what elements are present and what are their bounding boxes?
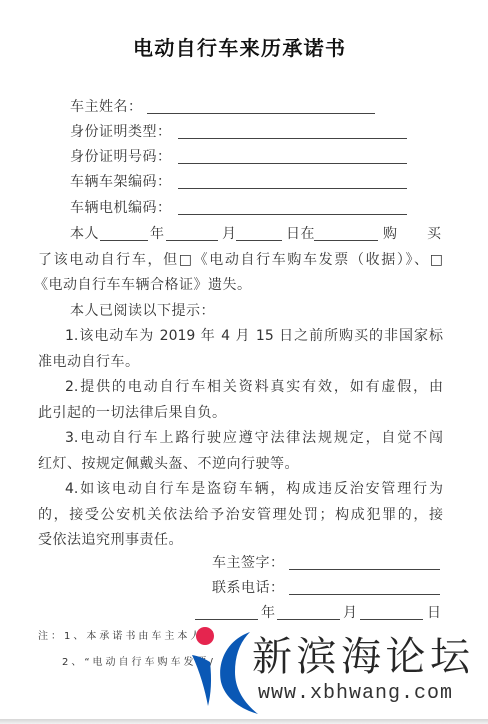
purchase-year-label: 年 xyxy=(150,225,165,243)
page-bottom-edge xyxy=(0,719,488,724)
commitment-document-page: 电动自行车来历承诺书 车主姓名： 身份证明类型： 身份证明号码： 车辆车架编码：… xyxy=(0,0,488,724)
notice-item-4: 4.如该电动自行车是盗窃车辆，构成违反治安管理行为 xyxy=(65,480,443,498)
watermark-site-url: www.xbhwang.com xyxy=(258,683,468,705)
notice-item-1: 1.该电动车为 2019 年 4 月 15 日之前所购买的非国家标 xyxy=(65,327,443,345)
purchase-suffix: 购买 xyxy=(383,225,441,243)
signature-label: 车主签字： xyxy=(212,554,285,572)
body-line: 受依法追究刑事责任。 xyxy=(38,531,183,549)
sign-month-blank[interactable] xyxy=(277,619,340,620)
sign-year-label: 年 xyxy=(261,604,276,622)
field-id-number-input[interactable] xyxy=(178,163,407,164)
signature-input[interactable] xyxy=(289,569,440,570)
body-line: 本人已阅读以下提示： xyxy=(70,302,215,320)
field-motor-number-input[interactable] xyxy=(178,214,407,215)
purchase-prefix: 本人 xyxy=(70,225,99,243)
body-line: 了该电动自行车，但□《电动自行车购车发票（收据）》、□ xyxy=(38,251,443,269)
phone-label: 联系电话： xyxy=(212,579,285,597)
body-line: 此引起的一切法律后果自负。 xyxy=(38,404,227,422)
notice-item-3: 3.电动自行车上路行驶应遵守法律法规规定，自觉不闯 xyxy=(65,429,443,447)
field-label-frame-number: 车辆车架编码： xyxy=(70,173,172,191)
purchase-place-blank[interactable] xyxy=(314,240,378,241)
body-line: 的，接受公安机关依法给予治安管理处罚；构成犯罪的，接 xyxy=(38,506,443,524)
sign-month-label: 月 xyxy=(343,604,358,622)
purchase-day-at-label: 日在 xyxy=(286,225,315,243)
sign-day-label: 日 xyxy=(427,604,442,622)
notice-item-2: 2.提供的电动自行车相关资料真实有效，如有虚假，由 xyxy=(65,378,443,396)
field-label-owner-name: 车主姓名： xyxy=(70,98,143,116)
sign-year-blank[interactable] xyxy=(195,619,258,620)
field-label-id-number: 身份证明号码： xyxy=(70,148,172,166)
purchase-month-blank[interactable] xyxy=(166,240,218,241)
field-id-type-input[interactable] xyxy=(178,138,407,139)
field-label-motor-number: 车辆电机编码： xyxy=(70,199,172,217)
field-owner-name-input[interactable] xyxy=(147,113,375,114)
field-frame-number-input[interactable] xyxy=(178,188,407,189)
body-line: 准电动自行车。 xyxy=(38,353,140,371)
phone-input[interactable] xyxy=(289,594,440,595)
field-label-id-type: 身份证明类型： xyxy=(70,123,172,141)
watermark-site-name: 新滨海论坛 xyxy=(252,634,470,680)
sign-day-blank[interactable] xyxy=(360,619,423,620)
purchase-month-label: 月 xyxy=(222,225,237,243)
body-line: 《电动自行车车辆合格证》遗失。 xyxy=(34,276,252,294)
document-title: 电动自行车来历承诺书 xyxy=(133,35,345,61)
purchase-day-blank[interactable] xyxy=(236,240,282,241)
purchase-year-blank[interactable] xyxy=(100,240,148,241)
body-line: 红灯、按规定佩戴头盔、不逆向行驶等。 xyxy=(38,455,299,473)
